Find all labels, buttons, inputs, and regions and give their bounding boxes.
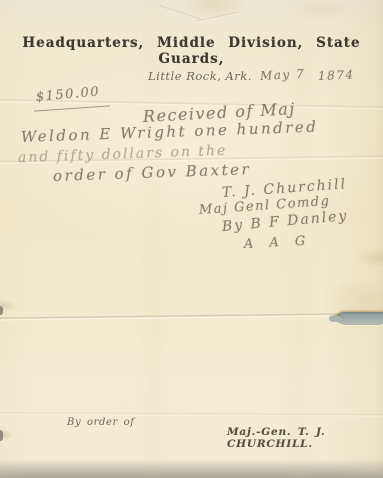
left-edge-mark bbox=[0, 430, 3, 441]
letterhead-title: Headquarters, Middle Division, State Gua… bbox=[0, 35, 383, 67]
top-crease-mark bbox=[159, 5, 201, 20]
fold-crease-main bbox=[0, 312, 383, 320]
officer-name-printed: Maj.-Gen. T. J. CHURCHILL. bbox=[227, 426, 383, 450]
dateline-place: Little Rock, Ark. bbox=[148, 69, 252, 83]
top-crease-mark bbox=[196, 11, 239, 22]
handwritten-line: order of Gov Baxter bbox=[53, 160, 252, 185]
torn-paper-chip bbox=[329, 316, 343, 322]
scanned-document-page: Headquarters, Middle Division, State Gua… bbox=[0, 0, 383, 478]
handwritten-amount: $150.00 bbox=[35, 84, 100, 105]
torn-paper-gap bbox=[336, 312, 383, 325]
amount-underline-flourish bbox=[34, 105, 110, 111]
by-order-of-label: By order of bbox=[67, 417, 135, 428]
dateline-year: 1874 bbox=[318, 68, 355, 83]
dateline-date-handwritten: May 7 bbox=[259, 67, 305, 83]
left-edge-mark bbox=[0, 306, 3, 315]
dateline: Little Rock, Ark. May 7 1874 bbox=[148, 69, 355, 83]
signature-line: A A G bbox=[243, 233, 311, 252]
fold-crease bbox=[0, 412, 383, 417]
handwritten-line: Weldon E Wright one hundred bbox=[21, 118, 319, 146]
